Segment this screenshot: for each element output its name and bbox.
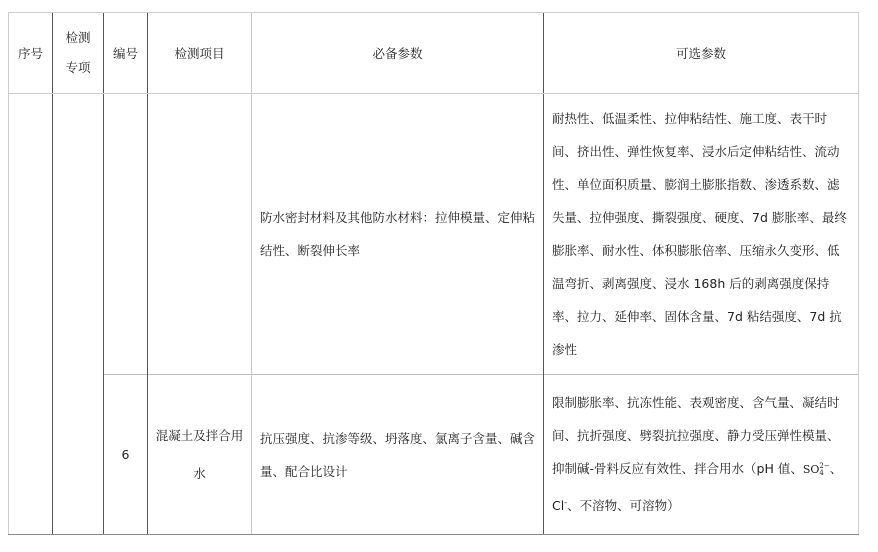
cell-code [104, 94, 148, 375]
cell-category [53, 94, 104, 535]
cell-seq [9, 94, 53, 535]
required-text: 抗压强度、抗渗等级、坍落度、氯离子含量、碱含量、配合比设计 [252, 422, 543, 488]
sulfate-formula: SO2−4 [803, 463, 830, 476]
table-row: 防水密封材料及其他防水材料：拉伸模量、定伸粘结性、断裂伸长率 耐热性、低温柔性、… [9, 94, 859, 375]
header-item: 检测项目 [148, 13, 252, 94]
optional-text: 限制膨胀率、抗冻性能、表观密度、含气量、凝结时间、抗折强度、劈裂抗拉强度、静力受… [544, 386, 858, 522]
cell-code: 6 [104, 375, 148, 535]
optional-text: 耐热性、低温柔性、拉伸粘结性、施工度、表干时间、挤出性、弹性恢复率、浸水后定伸粘… [544, 102, 858, 366]
header-required: 必备参数 [252, 13, 544, 94]
header-category: 检测 专项 [53, 13, 104, 94]
header-seq: 序号 [9, 13, 53, 94]
header-category-line2: 专项 [53, 53, 103, 83]
table-header-row: 序号 检测 专项 编号 检测项目 必备参数 可选参数 [9, 13, 859, 94]
table-row: 6 混凝土及拌合用水 抗压强度、抗渗等级、坍落度、氯离子含量、碱含量、配合比设计… [9, 375, 859, 535]
optional-text-part: 限制膨胀率、抗冻性能、表观密度、含气量、凝结时间、抗折强度、劈裂抗拉强度、静力受… [552, 395, 840, 476]
required-text: 防水密封材料及其他防水材料：拉伸模量、定伸粘结性、断裂伸长率 [252, 201, 543, 267]
header-category-line1: 检测 [53, 23, 103, 53]
cell-optional: 限制膨胀率、抗冻性能、表观密度、含气量、凝结时间、抗折强度、劈裂抗拉强度、静力受… [544, 375, 859, 535]
cell-item [148, 94, 252, 375]
cell-optional: 耐热性、低温柔性、拉伸粘结性、施工度、表干时间、挤出性、弹性恢复率、浸水后定伸粘… [544, 94, 859, 375]
optional-text-part: 、不溶物、可溶物） [567, 499, 680, 514]
cell-required: 抗压强度、抗渗等级、坍落度、氯离子含量、碱含量、配合比设计 [252, 375, 544, 535]
cell-item: 混凝土及拌合用水 [148, 375, 252, 535]
testing-parameters-table: 序号 检测 专项 编号 检测项目 必备参数 可选参数 防水密封材料及其他防水材料… [8, 12, 859, 535]
item-text: 混凝土及拌合用水 [148, 417, 251, 493]
header-optional: 可选参数 [544, 13, 859, 94]
header-code: 编号 [104, 13, 148, 94]
cell-required: 防水密封材料及其他防水材料：拉伸模量、定伸粘结性、断裂伸长率 [252, 94, 544, 375]
